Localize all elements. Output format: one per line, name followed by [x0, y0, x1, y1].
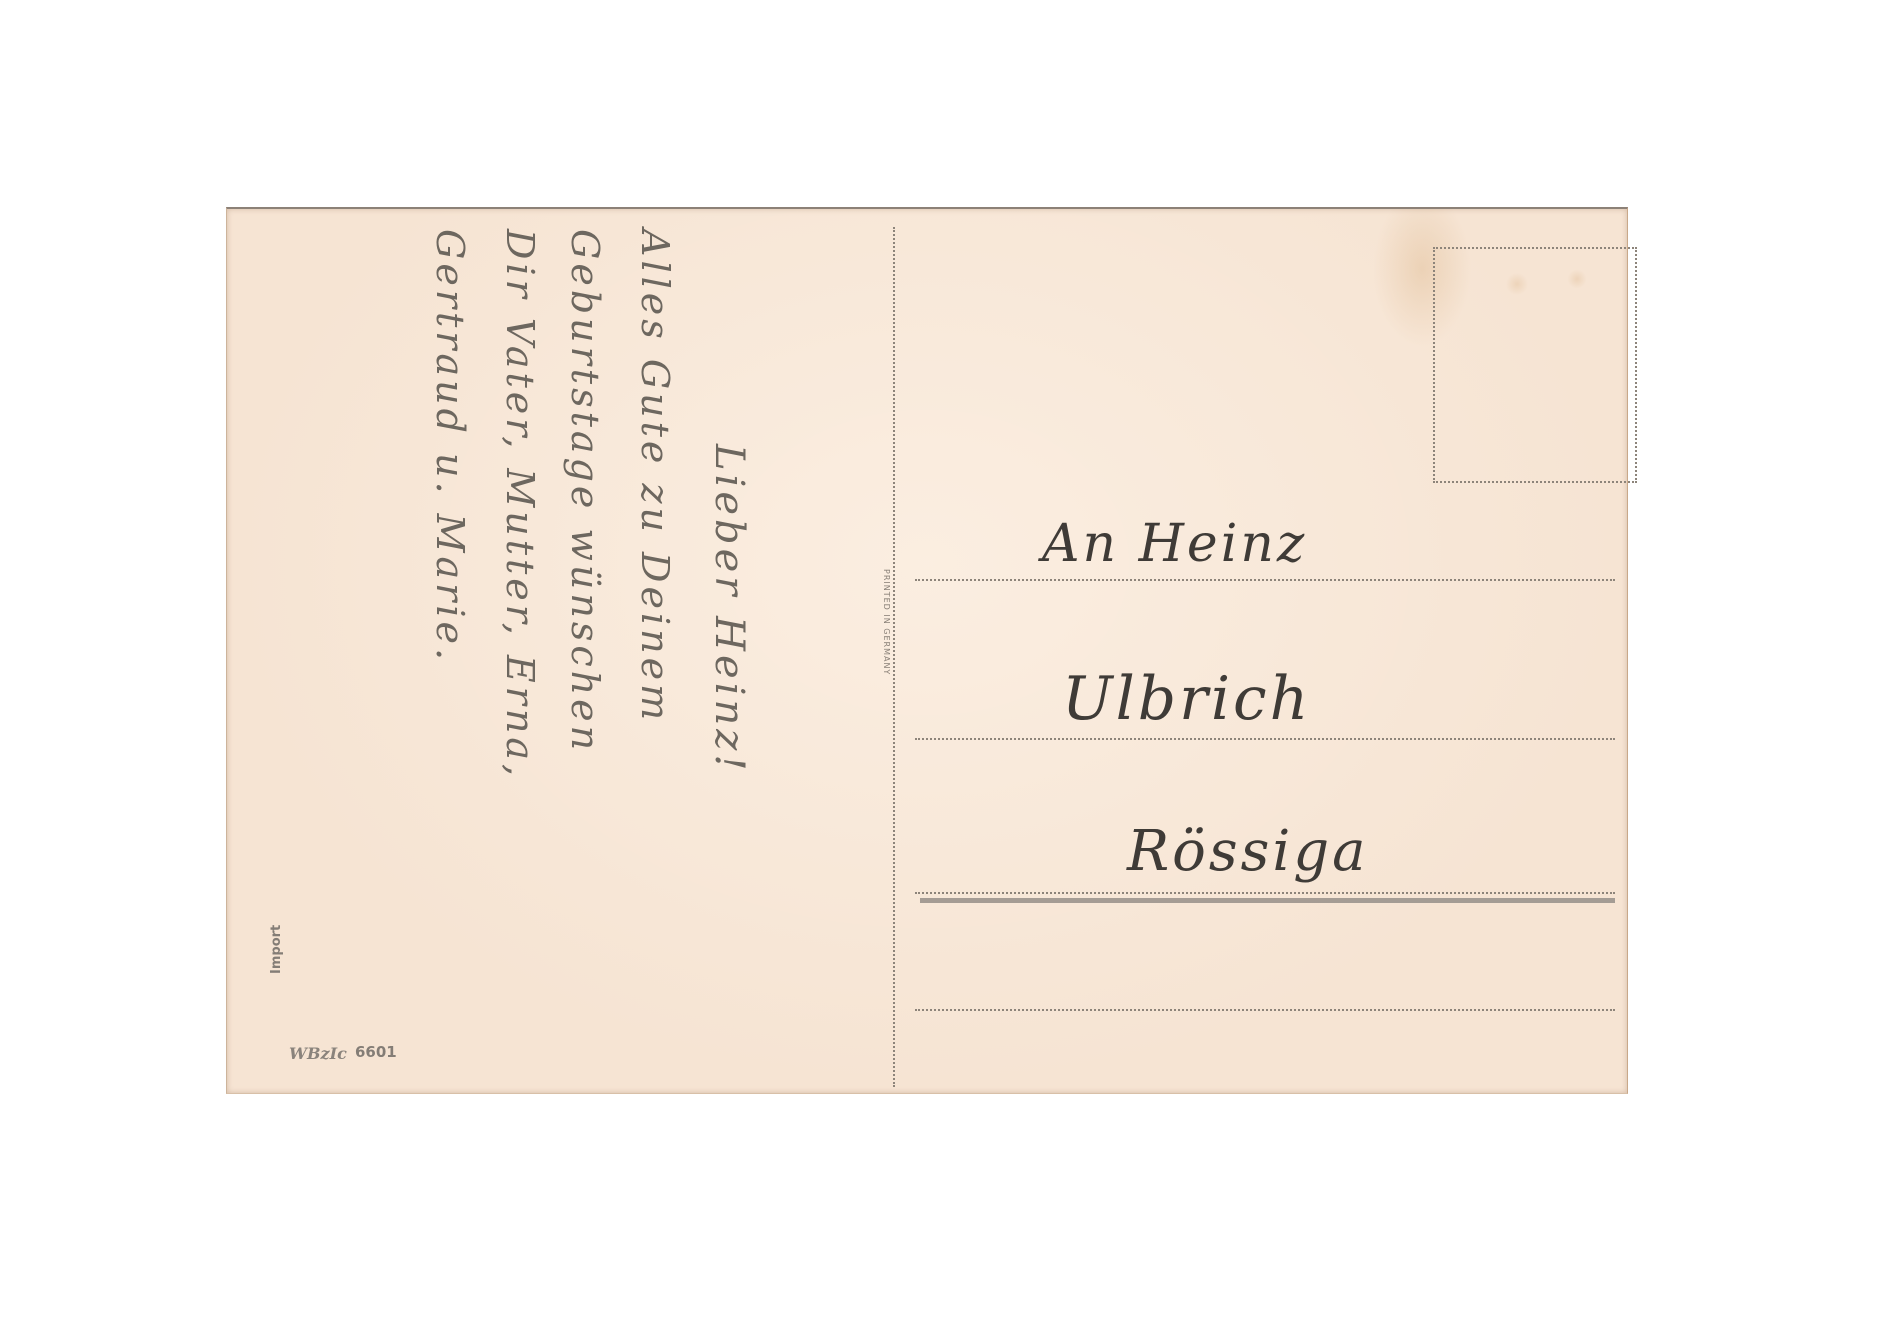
- card-number: 6601: [355, 1043, 397, 1061]
- address-recipient: An Heinz: [1042, 514, 1307, 574]
- address-line-2: [915, 738, 1615, 740]
- address-line-4: [915, 1009, 1615, 1011]
- stamp-box: [1433, 247, 1637, 483]
- message-line-2: Alles Gute zu Deinem: [633, 229, 677, 724]
- address-line-3: [915, 892, 1615, 894]
- message-line-3: Geburtstage wünschen: [563, 229, 607, 754]
- message-line-5: Gertraud u. Marie.: [428, 229, 472, 664]
- message-line-1: Lieber Heinz!: [706, 444, 752, 774]
- printed-in-germany-label: PRINTED IN GERMANY: [882, 569, 891, 675]
- address-surname: Ulbrich: [1062, 664, 1311, 734]
- address-line-1: [915, 579, 1615, 581]
- publisher-logo: WBzIc: [289, 1044, 347, 1063]
- address-line-3-bar: [920, 898, 1615, 903]
- import-label: Import: [269, 925, 284, 974]
- center-divider: [893, 227, 895, 1087]
- postcard: Lieber Heinz! Alles Gute zu Deinem Gebur…: [226, 207, 1628, 1094]
- address-town: Rössiga: [1127, 819, 1369, 884]
- message-line-4: Dir Vater, Mutter, Erna,: [498, 229, 542, 780]
- handwritten-message: Lieber Heinz! Alles Gute zu Deinem Gebur…: [367, 229, 887, 1009]
